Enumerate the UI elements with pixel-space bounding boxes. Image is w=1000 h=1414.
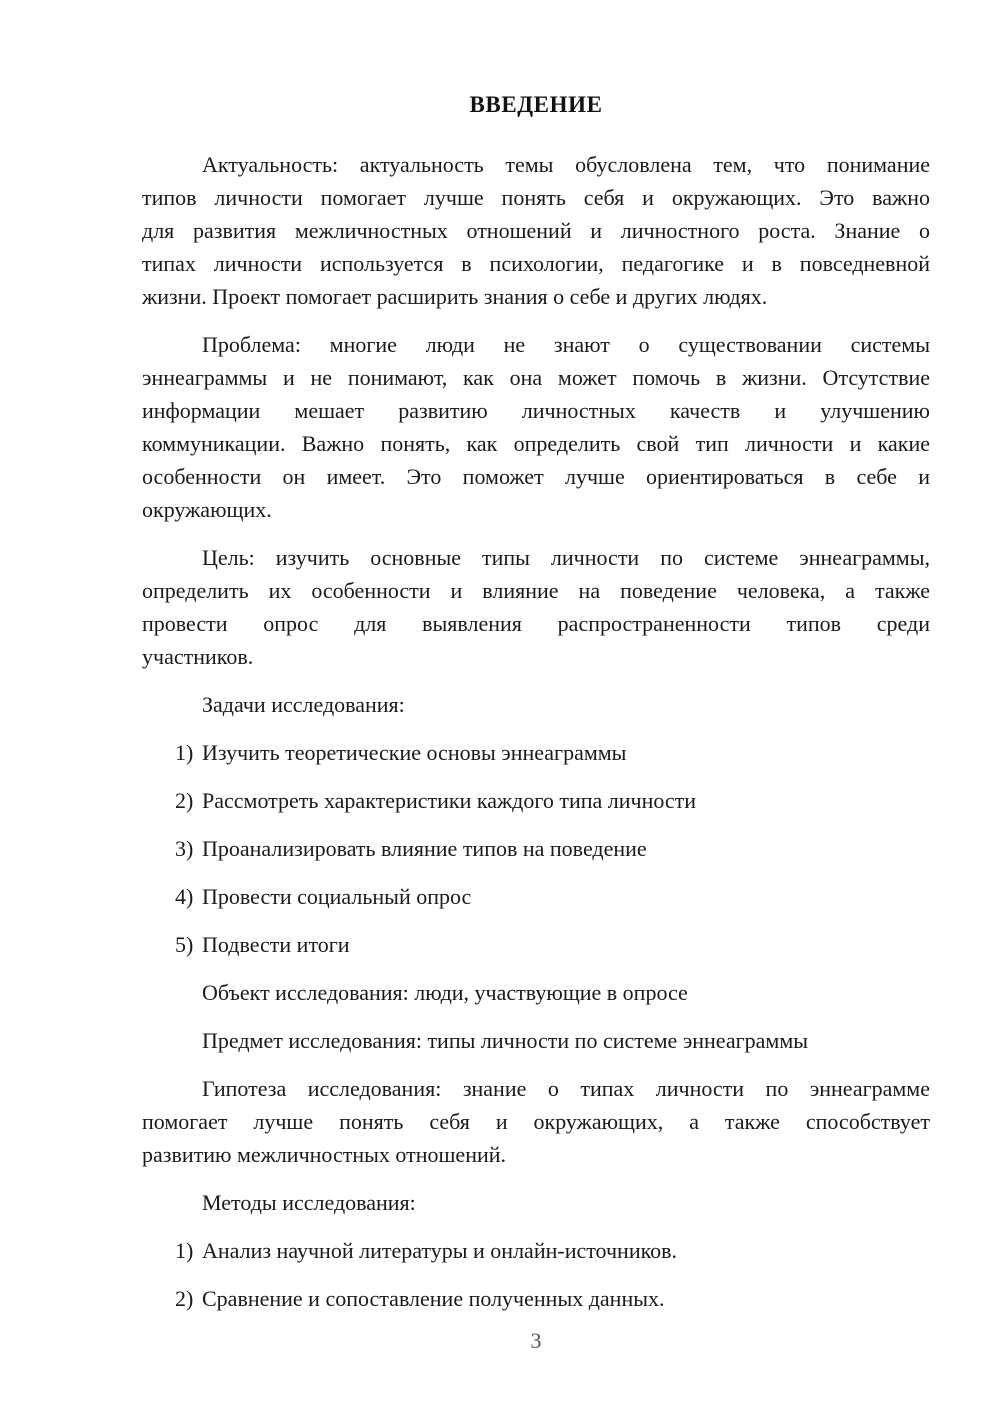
paragraph: Предмет исследования: типы личности по с… xyxy=(142,1024,930,1057)
paragraph: Объект исследования: люди, участвующие в… xyxy=(142,976,930,1009)
paragraph-line: Гипотеза исследования: знание о типах ли… xyxy=(142,1072,930,1105)
list-item-text: Сравнение и сопоставление полученных дан… xyxy=(202,1286,665,1311)
paragraph-line: типов личности помогает лучше понять себ… xyxy=(142,181,930,214)
list-item: 1)Изучить теоретические основы эннеаграм… xyxy=(175,736,930,769)
document-body: Актуальность: актуальность темы обусловл… xyxy=(142,148,930,1315)
paragraph-line: типах личности используется в психологии… xyxy=(142,247,930,280)
paragraph: Цель: изучить основные типы личности по … xyxy=(142,541,930,673)
list-marker: 5) xyxy=(175,928,202,961)
paragraph: Задачи исследования: xyxy=(142,688,930,721)
paragraph-line: Объект исследования: люди, участвующие в… xyxy=(142,976,930,1009)
paragraph-line: Актуальность: актуальность темы обусловл… xyxy=(142,148,930,181)
list-item-text: Подвести итоги xyxy=(202,932,350,957)
paragraph: Гипотеза исследования: знание о типах ли… xyxy=(142,1072,930,1171)
paragraph-line: провести опрос для выявления распростран… xyxy=(142,607,930,640)
document-page: ВВЕДЕНИЕ Актуальность: актуальность темы… xyxy=(0,0,1000,1414)
list-marker: 1) xyxy=(175,736,202,769)
list-item-text: Проанализировать влияние типов на поведе… xyxy=(202,836,647,861)
paragraph-line: участников. xyxy=(142,640,930,673)
paragraph-line: эннеаграммы и не понимают, как она может… xyxy=(142,361,930,394)
paragraph-line: развитию межличностных отношений. xyxy=(142,1138,930,1171)
list-marker: 3) xyxy=(175,832,202,865)
list-item-text: Рассмотреть характеристики каждого типа … xyxy=(202,788,696,813)
paragraph: Актуальность: актуальность темы обусловл… xyxy=(142,148,930,313)
paragraph-line: Методы исследования: xyxy=(142,1186,930,1219)
list-marker: 2) xyxy=(175,1282,202,1315)
paragraph-line: особенности он имеет. Это поможет лучше … xyxy=(142,460,930,493)
paragraph-line: коммуникации. Важно понять, как определи… xyxy=(142,427,930,460)
page-title: ВВЕДЕНИЕ xyxy=(142,90,930,120)
list-marker: 4) xyxy=(175,880,202,913)
paragraph-line: жизни. Проект помогает расширить знания … xyxy=(142,280,930,313)
paragraph-line: помогает лучше понять себя и окружающих,… xyxy=(142,1105,930,1138)
paragraph-line: Предмет исследования: типы личности по с… xyxy=(142,1024,930,1057)
paragraph-line: Проблема: многие люди не знают о существ… xyxy=(142,328,930,361)
paragraph-line: Цель: изучить основные типы личности по … xyxy=(142,541,930,574)
paragraph-line: окружающих. xyxy=(142,493,930,526)
list-item: 1)Анализ научной литературы и онлайн-ист… xyxy=(175,1234,930,1267)
paragraph: Проблема: многие люди не знают о существ… xyxy=(142,328,930,526)
list-marker: 1) xyxy=(175,1234,202,1267)
paragraph-line: для развития межличностных отношений и л… xyxy=(142,214,930,247)
list-item-text: Изучить теоретические основы эннеаграммы xyxy=(202,740,626,765)
list-item-text: Провести социальный опрос xyxy=(202,884,471,909)
list-item-text: Анализ научной литературы и онлайн-источ… xyxy=(202,1238,677,1263)
page-number: 3 xyxy=(142,1324,930,1357)
list-marker: 2) xyxy=(175,784,202,817)
paragraph-line: определить их особенности и влияние на п… xyxy=(142,574,930,607)
paragraph-line: информации мешает развитию личностных ка… xyxy=(142,394,930,427)
list-item: 2)Сравнение и сопоставление полученных д… xyxy=(175,1282,930,1315)
list-item: 3)Проанализировать влияние типов на пове… xyxy=(175,832,930,865)
list-item: 5)Подвести итоги xyxy=(175,928,930,961)
list-item: 2)Рассмотреть характеристики каждого тип… xyxy=(175,784,930,817)
document-content: ВВЕДЕНИЕ Актуальность: актуальность темы… xyxy=(142,90,930,1330)
paragraph: Методы исследования: xyxy=(142,1186,930,1219)
paragraph-line: Задачи исследования: xyxy=(142,688,930,721)
list-item: 4)Провести социальный опрос xyxy=(175,880,930,913)
